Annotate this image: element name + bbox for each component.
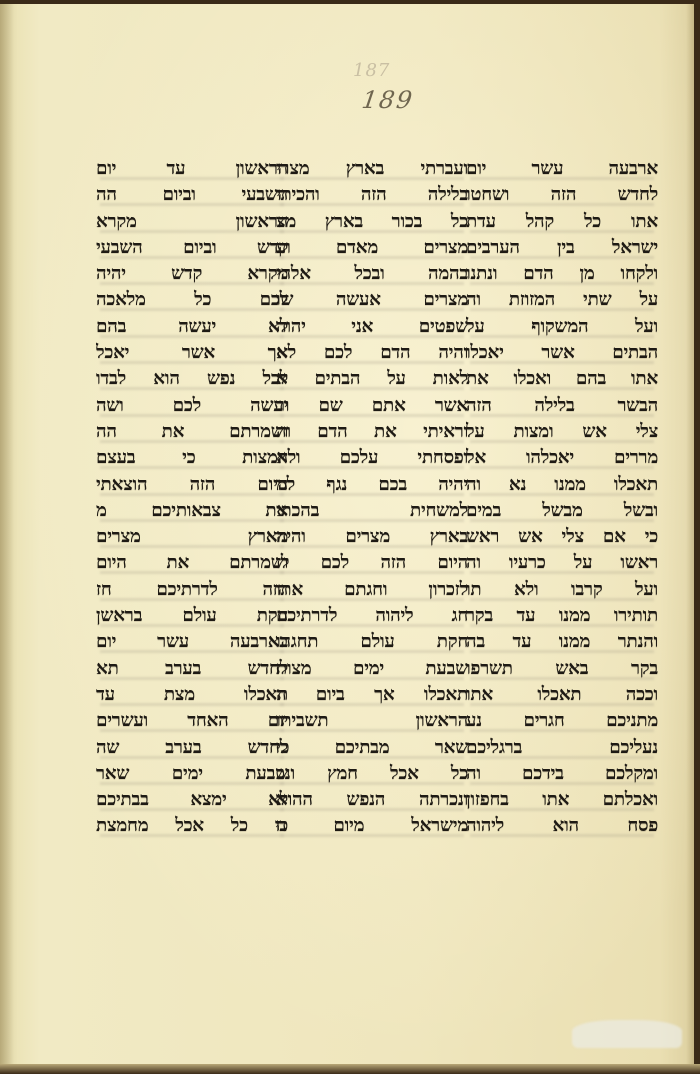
text-line: תאכלו אך ביום ה [276,682,468,708]
manuscript-page: 187 189 ארבעה עשר יום לחדש הזה ושחטו אתו… [0,4,694,1066]
text-line: שבעת ימים שאר [96,761,288,787]
text-line: לא ימצא בבתיכם [96,787,288,813]
text-line: חקת עולם בראשן [96,603,288,629]
text-line: ארבעה עשר יום [466,156,658,182]
text-line: היום הזה לכם לז [276,550,468,576]
text-line: לא יעשה בהם [96,314,288,340]
text-line: בארץ מצרים והיה [276,524,468,550]
text-line: כל אכל חמץ ונכ [276,761,468,787]
text-line: על שתי המזוזת וה [466,287,658,313]
text-line: הראשון עד יום [96,156,288,182]
text-column-middle: ועברתי בארץ מצרי בלילה הזה והכיתי כל בכו… [276,156,468,840]
text-line: ומקלכם בידכם וה [466,761,658,787]
text-line: חקת עולם תחגהו [276,629,468,655]
text-line: הראשון תשביתו [276,708,468,734]
text-line: ואכלתם אתו בחפזון [466,787,658,813]
text-line: ופסחתי עלכם ולא [276,445,468,471]
text-line: מצרים אעשה שו [276,287,468,313]
text-line: הראשון מקרא [96,209,288,235]
text-line: לחדש בערב שה [96,735,288,761]
text-line: וראיתי את הדם וה [276,419,468,445]
text-line: מררים יאכלהו אל [466,445,658,471]
text-line: שפטים אני יהוה [276,314,468,340]
text-line: תאכלו ממנו נא וה [466,472,658,498]
old-folio-number: 187 [353,60,390,81]
page-bottom-edge [0,1064,700,1074]
text-line: יהיה בכם נגף למ [276,472,468,498]
text-line: כל בכור בארץ מצ [276,209,468,235]
text-line: אתו כל קהל עדת [466,209,658,235]
text-line: הבשר בלילה הזה [466,393,658,419]
text-line: תותירו ממנו עד בקר [466,603,658,629]
text-line: יעשה לכם ושה [96,393,288,419]
text-line: פסח הוא ליהוה [466,813,658,839]
text-line: חג ליהוה לדרתיכם [276,603,468,629]
text-line: נעליכם ברגליכם [466,735,658,761]
text-line: תאכלו מצת עד [96,682,288,708]
text-line: ועל המשקוף על [466,314,658,340]
text-line: מתניכם חגרים נע [466,708,658,734]
text-line: כי אם צלי אש ראש [466,524,658,550]
text-line: וככה תאכלו אתו [466,682,658,708]
text-line: ראשו על כרעיו וה [466,550,658,576]
text-line: לחדש הזה ושחטו [466,182,658,208]
text-line: והיה הדם לכם לא [276,340,468,366]
text-line: היום הזה הוצאתי [96,472,288,498]
text-line: קדש וביום השבעי [96,235,288,261]
text-line: אך אשר יאכל [96,340,288,366]
text-line: הזה לדרתיכם חז [96,577,288,603]
text-line: שבעת ימים מצות [276,656,468,682]
text-line: המצות כי בעצם [96,445,288,471]
text-line: כי כל אכל מחמצת [96,813,288,839]
text-line: והנתר ממנו עד בה [466,629,658,655]
text-line: השבעי וביום הה [96,182,288,208]
text-line: ישראל בין הערבים [466,235,658,261]
text-line: מישראל מיום ה [276,813,468,839]
parchment-stain [572,1020,682,1048]
text-line: בארבעה עשר יום [96,629,288,655]
text-line: אשר אתם שם ור [276,393,468,419]
text-line: לחדש בערב תא [96,656,288,682]
folio-number: 189 [360,86,416,114]
text-line: ונכרתה הנפש ההוא [276,787,468,813]
text-line: את צבאותיכם מ [96,498,288,524]
text-line: יום האחד ועשרים [96,708,288,734]
text-line: ושמרתם את היום [96,550,288,576]
text-line: מצרים מאדם וע [276,235,468,261]
text-line: לאות על הבתים א [276,366,468,392]
text-line: ועברתי בארץ מצרי [276,156,468,182]
text-line: אתו בהם ואכלו את [466,366,658,392]
text-line: בקר באש תשרפו [466,656,658,682]
text-line: בלילה הזה והכיתי [276,182,468,208]
text-line: צלי אש ומצות על [466,419,658,445]
text-line: הבתים אשר יאכלו [466,340,658,366]
text-column-left: הראשון עד יום השבעי וביום הה הראשון מקרא… [96,156,288,840]
text-line: מארץ מצרים [96,524,288,550]
text-line: ועל קרבו ולא תו [466,577,658,603]
text-line: ושמרתם את הה [96,419,288,445]
text-line: לכל נפש הוא לבדו [96,366,288,392]
text-line: ולקחו מן הדם ונתנו [466,261,658,287]
text-line: למשחית בהכתי [276,498,468,524]
text-line: בהמה ובכל אלהי [276,261,468,287]
text-column-right: ארבעה עשר יום לחדש הזה ושחטו אתו כל קהל … [466,156,658,840]
text-line: מקרא קדש יהיה [96,261,288,287]
text-line: לזכרון וחגתם אתו [276,577,468,603]
text-line: שאר מבתיכם כי [276,735,468,761]
text-line: ובשל מבשל במים [466,498,658,524]
text-line: לכם כל מלאכה [96,287,288,313]
